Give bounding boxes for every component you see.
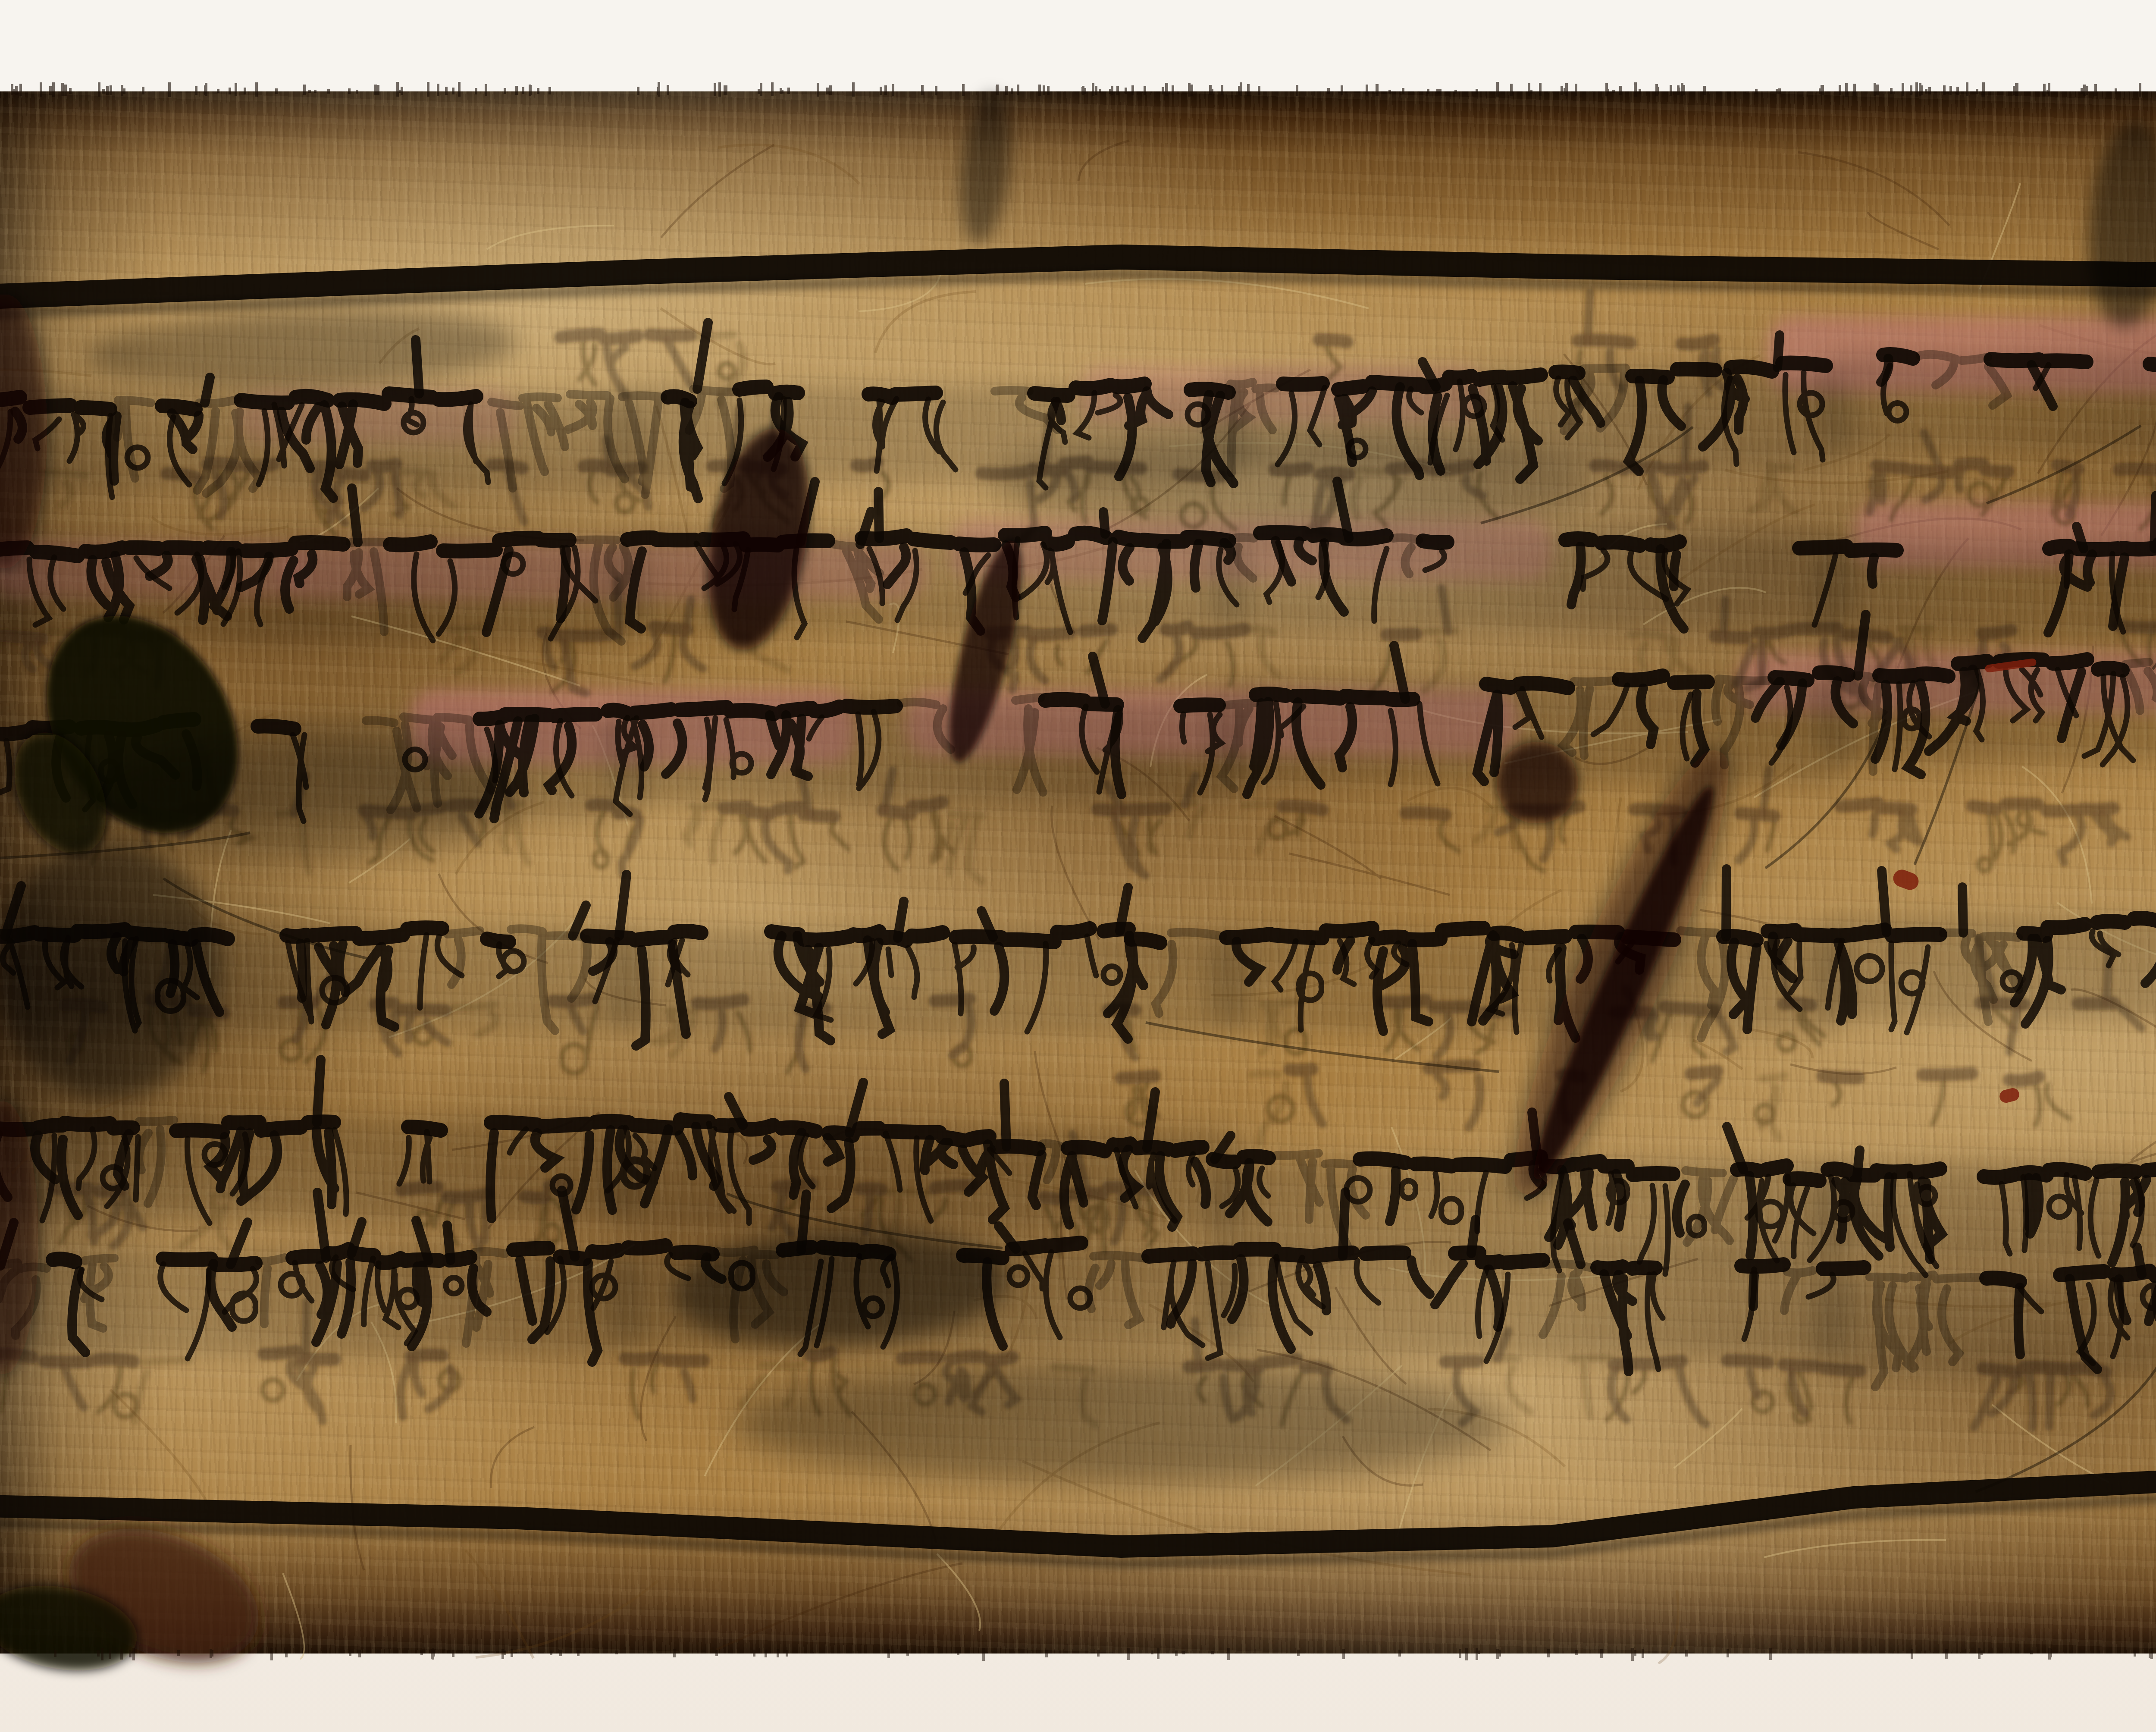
smear-knot xyxy=(1496,742,1578,824)
ghost-band-6-strokes-mid xyxy=(1307,1076,1717,1127)
line-3-cloud xyxy=(604,701,1250,803)
shade-line4-left xyxy=(0,841,220,1100)
shade-under-line1 xyxy=(992,431,1595,535)
manuscript-artwork xyxy=(0,0,2156,1732)
line-2-cloud xyxy=(1207,532,1854,631)
shade-left-column-a xyxy=(0,293,47,569)
top-edge-fringe xyxy=(12,82,2156,97)
shade-line3-left xyxy=(86,737,517,858)
line-6-cloud xyxy=(1811,1272,2156,1375)
bottom-edge-fringe xyxy=(55,1648,2156,1661)
shade-under-top-rule xyxy=(85,303,519,396)
line-1-cloud xyxy=(1811,355,2156,452)
wisp-top-center xyxy=(954,91,1017,246)
red-speck-2 xyxy=(1891,867,1921,892)
red-speck-3 xyxy=(1998,1087,2021,1104)
shade-below-line6 xyxy=(733,1363,1509,1484)
manuscript-photo xyxy=(0,0,2156,1732)
streak-top-right xyxy=(2082,118,2156,330)
